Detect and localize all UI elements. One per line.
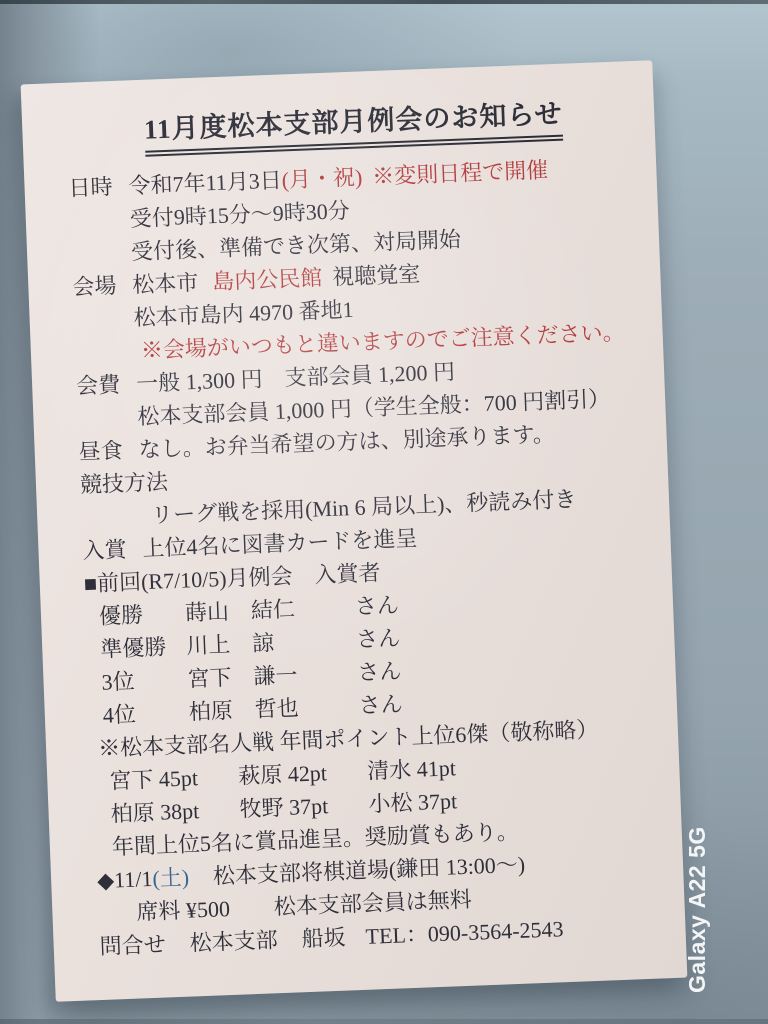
winner-suffix: さん (354, 588, 399, 623)
venue-label: 会場 (72, 268, 133, 303)
winner-suffix: さん (357, 654, 402, 689)
meijin-entry: 萩原 42pt (238, 755, 368, 793)
contact-branch: 松本支部 (189, 923, 278, 959)
winner-rank: 準優勝 (100, 630, 187, 666)
notice-content: 11月度松本支部月例会のお知らせ 日時 令和7年11月3日 (月・祝) ※変則日… (21, 60, 686, 965)
contact-person: 船坂 (301, 921, 346, 956)
contact-tel: TEL：090-3564-2543 (365, 912, 564, 953)
schedule-irregular-note: ※変則日程で開催 (372, 153, 549, 193)
meijin-entry: 牧野 37pt (239, 788, 369, 826)
format-label: 競技方法 (79, 465, 168, 501)
winner-suffix: さん (356, 621, 401, 656)
lunch-label: 昼食 (78, 433, 139, 468)
meijin-entry: 宮下 45pt (109, 760, 239, 798)
winner-rank: 優勝 (98, 597, 185, 633)
dojo-day: (土) (152, 861, 190, 895)
prize-label: 入賞 (82, 532, 143, 567)
dojo-date: ◆11/1 (97, 862, 153, 897)
meijin-entry: 小松 37pt (368, 783, 498, 821)
contact-label: 問合せ (99, 928, 166, 964)
venue-hall: 島内公民館 (212, 261, 323, 298)
venue-room: 視聴覚室 (332, 257, 421, 293)
fee-label: 会費 (76, 367, 137, 402)
device-watermark: Galaxy A22 5G (684, 812, 711, 1008)
schedule-date-note: (月・祝) (281, 160, 363, 196)
photo-top-edge (0, 0, 768, 4)
notice-title: 11月度松本支部月例会のお知らせ (143, 94, 563, 157)
schedule-label: 日時 (68, 169, 129, 204)
notice-paper: 11月度松本支部月例会のお知らせ 日時 令和7年11月3日 (月・祝) ※変則日… (21, 60, 688, 1002)
winner-rank: 3位 (101, 663, 188, 699)
meijin-entry: 清水 41pt (367, 750, 497, 788)
photo-scene: 11月度松本支部月例会のお知らせ 日時 令和7年11月3日 (月・祝) ※変則日… (0, 0, 768, 1024)
winner-suffix: さん (358, 687, 403, 722)
meijin-entry: 柏原 38pt (110, 793, 240, 831)
photo-bottom-edge (0, 1019, 768, 1024)
venue-city: 松本市 (132, 266, 199, 302)
winner-rank: 4位 (102, 695, 189, 731)
